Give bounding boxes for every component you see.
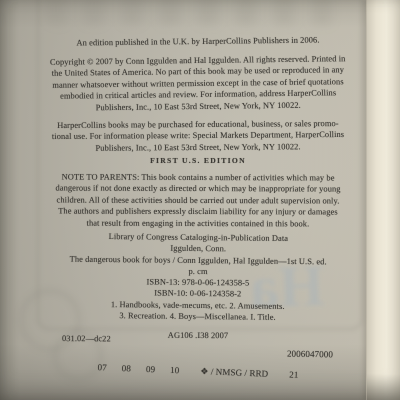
- printer-imprint: ❖ / NMSG / RRD: [200, 366, 268, 380]
- sales-paragraph: HarperCollins books may be purchased for…: [32, 118, 364, 155]
- print-run-number: 08: [122, 363, 132, 375]
- print-run-number: 09: [146, 364, 156, 376]
- lc-call-number: AG106 .I38 2007: [32, 329, 364, 343]
- note-line: that result from engaging in the activit…: [32, 217, 364, 230]
- note-to-parents-paragraph: NOTE TO PARENTS: This book contains a nu…: [32, 171, 364, 229]
- page-edge: [366, 0, 400, 400]
- sales-line: Publishers, Inc., 10 East 53rd Street, N…: [32, 141, 364, 155]
- print-run-number: 21: [289, 370, 299, 382]
- edition-statement: FIRST U.S. EDITION: [32, 155, 364, 166]
- book-copyright-page-photo: Ha An edition published in the U.K. by H…: [0, 0, 400, 400]
- note-line: The authors and publishers expressly dis…: [32, 206, 364, 219]
- ghost-title-showthrough: [46, 0, 346, 25]
- sales-line: tional use. For information please write…: [32, 129, 364, 143]
- print-run-number: 07: [97, 362, 107, 374]
- copyright-paragraph: Copyright © 2007 by Conn Iggulden and Ha…: [32, 53, 365, 114]
- catalog-number-row: 031.02—dc22 AG106 .I38 2007: [32, 329, 364, 345]
- cataloging-in-publication-block: Library of Congress Cataloging-in-Public…: [32, 230, 365, 324]
- print-run-number: 10: [170, 365, 180, 377]
- note-line: dangerous if not done exactly as directe…: [32, 183, 364, 196]
